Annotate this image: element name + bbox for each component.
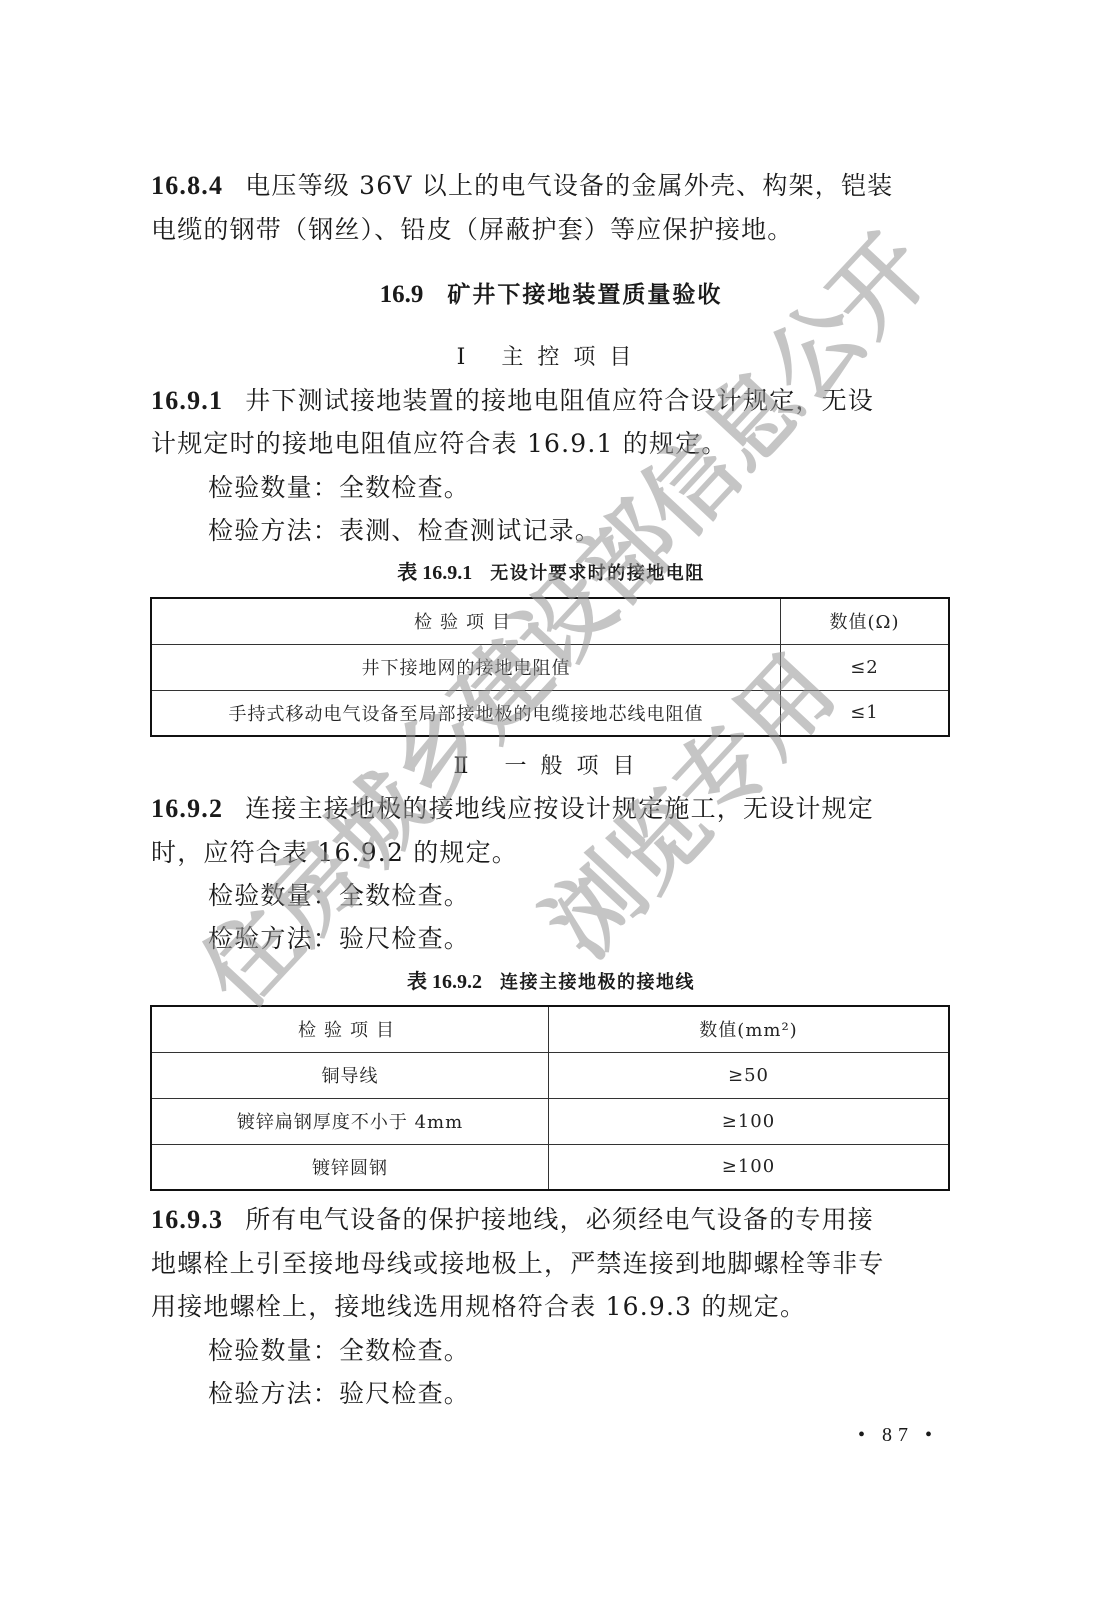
inspection-method: 检验方法：表测、检查测试记录。 — [208, 516, 1008, 546]
header-cell: 检验项目 — [151, 1006, 549, 1052]
header-cell: 检验项目 — [151, 598, 781, 644]
clause-text: 连接主接地极的接地线应按设计规定施工，无设计规定 — [245, 794, 874, 823]
table-cell: ≤1 — [781, 690, 950, 736]
section-heading: 16.9矿井下接地装置质量验收 — [151, 280, 951, 310]
clause-16-8-4-line1: 16.8.4电压等级 36V 以上的电气设备的金属外壳、构架，铠装 — [151, 171, 951, 201]
table-caption: 表 16.9.2连接主接地极的接地线 — [151, 967, 951, 998]
clause-16-9-3-line2: 地螺栓上引至接地母线或接地极上，严禁连接到地脚螺栓等非专 — [151, 1249, 951, 1279]
inspection-method: 检验方法：验尺检查。 — [208, 924, 1008, 954]
subsection-numeral: Ⅱ — [454, 754, 483, 779]
document-page: 16.8.4电压等级 36V 以上的电气设备的金属外壳、构架，铠装 电缆的钢带（… — [0, 0, 1102, 1598]
subsection-heading-general: Ⅱ一般项目 — [151, 752, 951, 782]
subsection-title: 一般项目 — [504, 754, 648, 779]
clause-text: 电压等级 36V 以上的电气设备的金属外壳、构架，铠装 — [245, 171, 893, 200]
table-cell: ≥100 — [549, 1098, 950, 1144]
subsection-title: 主控项目 — [501, 345, 645, 370]
clause-number: 16.9.3 — [151, 1205, 223, 1234]
clause-16-9-3-line1: 16.9.3所有电气设备的保护接地线，必须经电气设备的专用接 — [151, 1205, 951, 1235]
table-title: 连接主接地极的接地线 — [500, 972, 695, 993]
clause-16-8-4-line2: 电缆的钢带（钢丝）、铅皮（屏蔽护套）等应保护接地。 — [151, 215, 951, 245]
inspection-quantity: 检验数量：全数检查。 — [208, 881, 1008, 911]
table-cell: 铜导线 — [151, 1052, 549, 1098]
table-cell: ≥50 — [549, 1052, 950, 1098]
table-cell: ≥100 — [549, 1144, 950, 1190]
inspection-quantity: 检验数量：全数检查。 — [208, 1336, 1008, 1366]
table-number: 表 16.9.2 — [407, 971, 482, 993]
header-cell: 数值(mm²) — [549, 1006, 950, 1052]
clause-text: 井下测试接地装置的接地电阻值应符合设计规定，无设 — [245, 386, 874, 415]
clause-number: 16.8.4 — [151, 171, 223, 200]
subsection-heading-main-control: Ⅰ主控项目 — [151, 343, 951, 373]
clause-text: 所有电气设备的保护接地线，必须经电气设备的专用接 — [245, 1205, 874, 1234]
table-row: 镀锌扁钢厚度不小于 4mm ≥100 — [151, 1098, 949, 1144]
clause-16-9-2-line2: 时，应符合表 16.9.2 的规定。 — [151, 838, 951, 868]
clause-number: 16.9.2 — [151, 794, 223, 823]
header-cell: 数值(Ω) — [781, 598, 950, 644]
table-cell: 井下接地网的接地电阻值 — [151, 644, 781, 690]
table-row: 镀锌圆钢 ≥100 — [151, 1144, 949, 1190]
table-16-9-1: 检验项目 数值(Ω) 井下接地网的接地电阻值 ≤2 手持式移动电气设备至局部接地… — [150, 597, 950, 737]
inspection-method: 检验方法：验尺检查。 — [208, 1379, 1008, 1409]
table-row: 井下接地网的接地电阻值 ≤2 — [151, 644, 949, 690]
table-cell: ≤2 — [781, 644, 950, 690]
clause-16-9-1-line2: 计规定时的接地电阻值应符合表 16.9.1 的规定。 — [151, 429, 951, 459]
clause-16-9-1-line1: 16.9.1井下测试接地装置的接地电阻值应符合设计规定，无设 — [151, 386, 951, 416]
clause-number: 16.9.1 — [151, 386, 223, 415]
table-cell: 镀锌扁钢厚度不小于 4mm — [151, 1098, 549, 1144]
table-cell: 镀锌圆钢 — [151, 1144, 549, 1190]
inspection-quantity: 检验数量：全数检查。 — [208, 473, 1008, 503]
section-title: 矿井下接地装置质量验收 — [447, 282, 722, 308]
table-row: 手持式移动电气设备至局部接地极的电缆接地芯线电阻值 ≤1 — [151, 690, 949, 736]
table-16-9-2: 检验项目 数值(mm²) 铜导线 ≥50 镀锌扁钢厚度不小于 4mm ≥100 … — [150, 1005, 950, 1191]
page-number: • 87 • — [858, 1424, 938, 1447]
table-row: 铜导线 ≥50 — [151, 1052, 949, 1098]
table-caption: 表 16.9.1无设计要求时的接地电阻 — [151, 558, 951, 589]
table-header-row: 检验项目 数值(mm²) — [151, 1006, 949, 1052]
section-number: 16.9 — [380, 281, 424, 308]
clause-16-9-2-line1: 16.9.2连接主接地极的接地线应按设计规定施工，无设计规定 — [151, 794, 951, 824]
table-title: 无设计要求时的接地电阻 — [490, 563, 705, 584]
subsection-numeral: Ⅰ — [457, 345, 480, 370]
clause-16-9-3-line3: 用接地螺栓上，接地线选用规格符合表 16.9.3 的规定。 — [151, 1292, 951, 1322]
table-cell: 手持式移动电气设备至局部接地极的电缆接地芯线电阻值 — [151, 690, 781, 736]
table-header-row: 检验项目 数值(Ω) — [151, 598, 949, 644]
table-number: 表 16.9.1 — [397, 562, 472, 584]
